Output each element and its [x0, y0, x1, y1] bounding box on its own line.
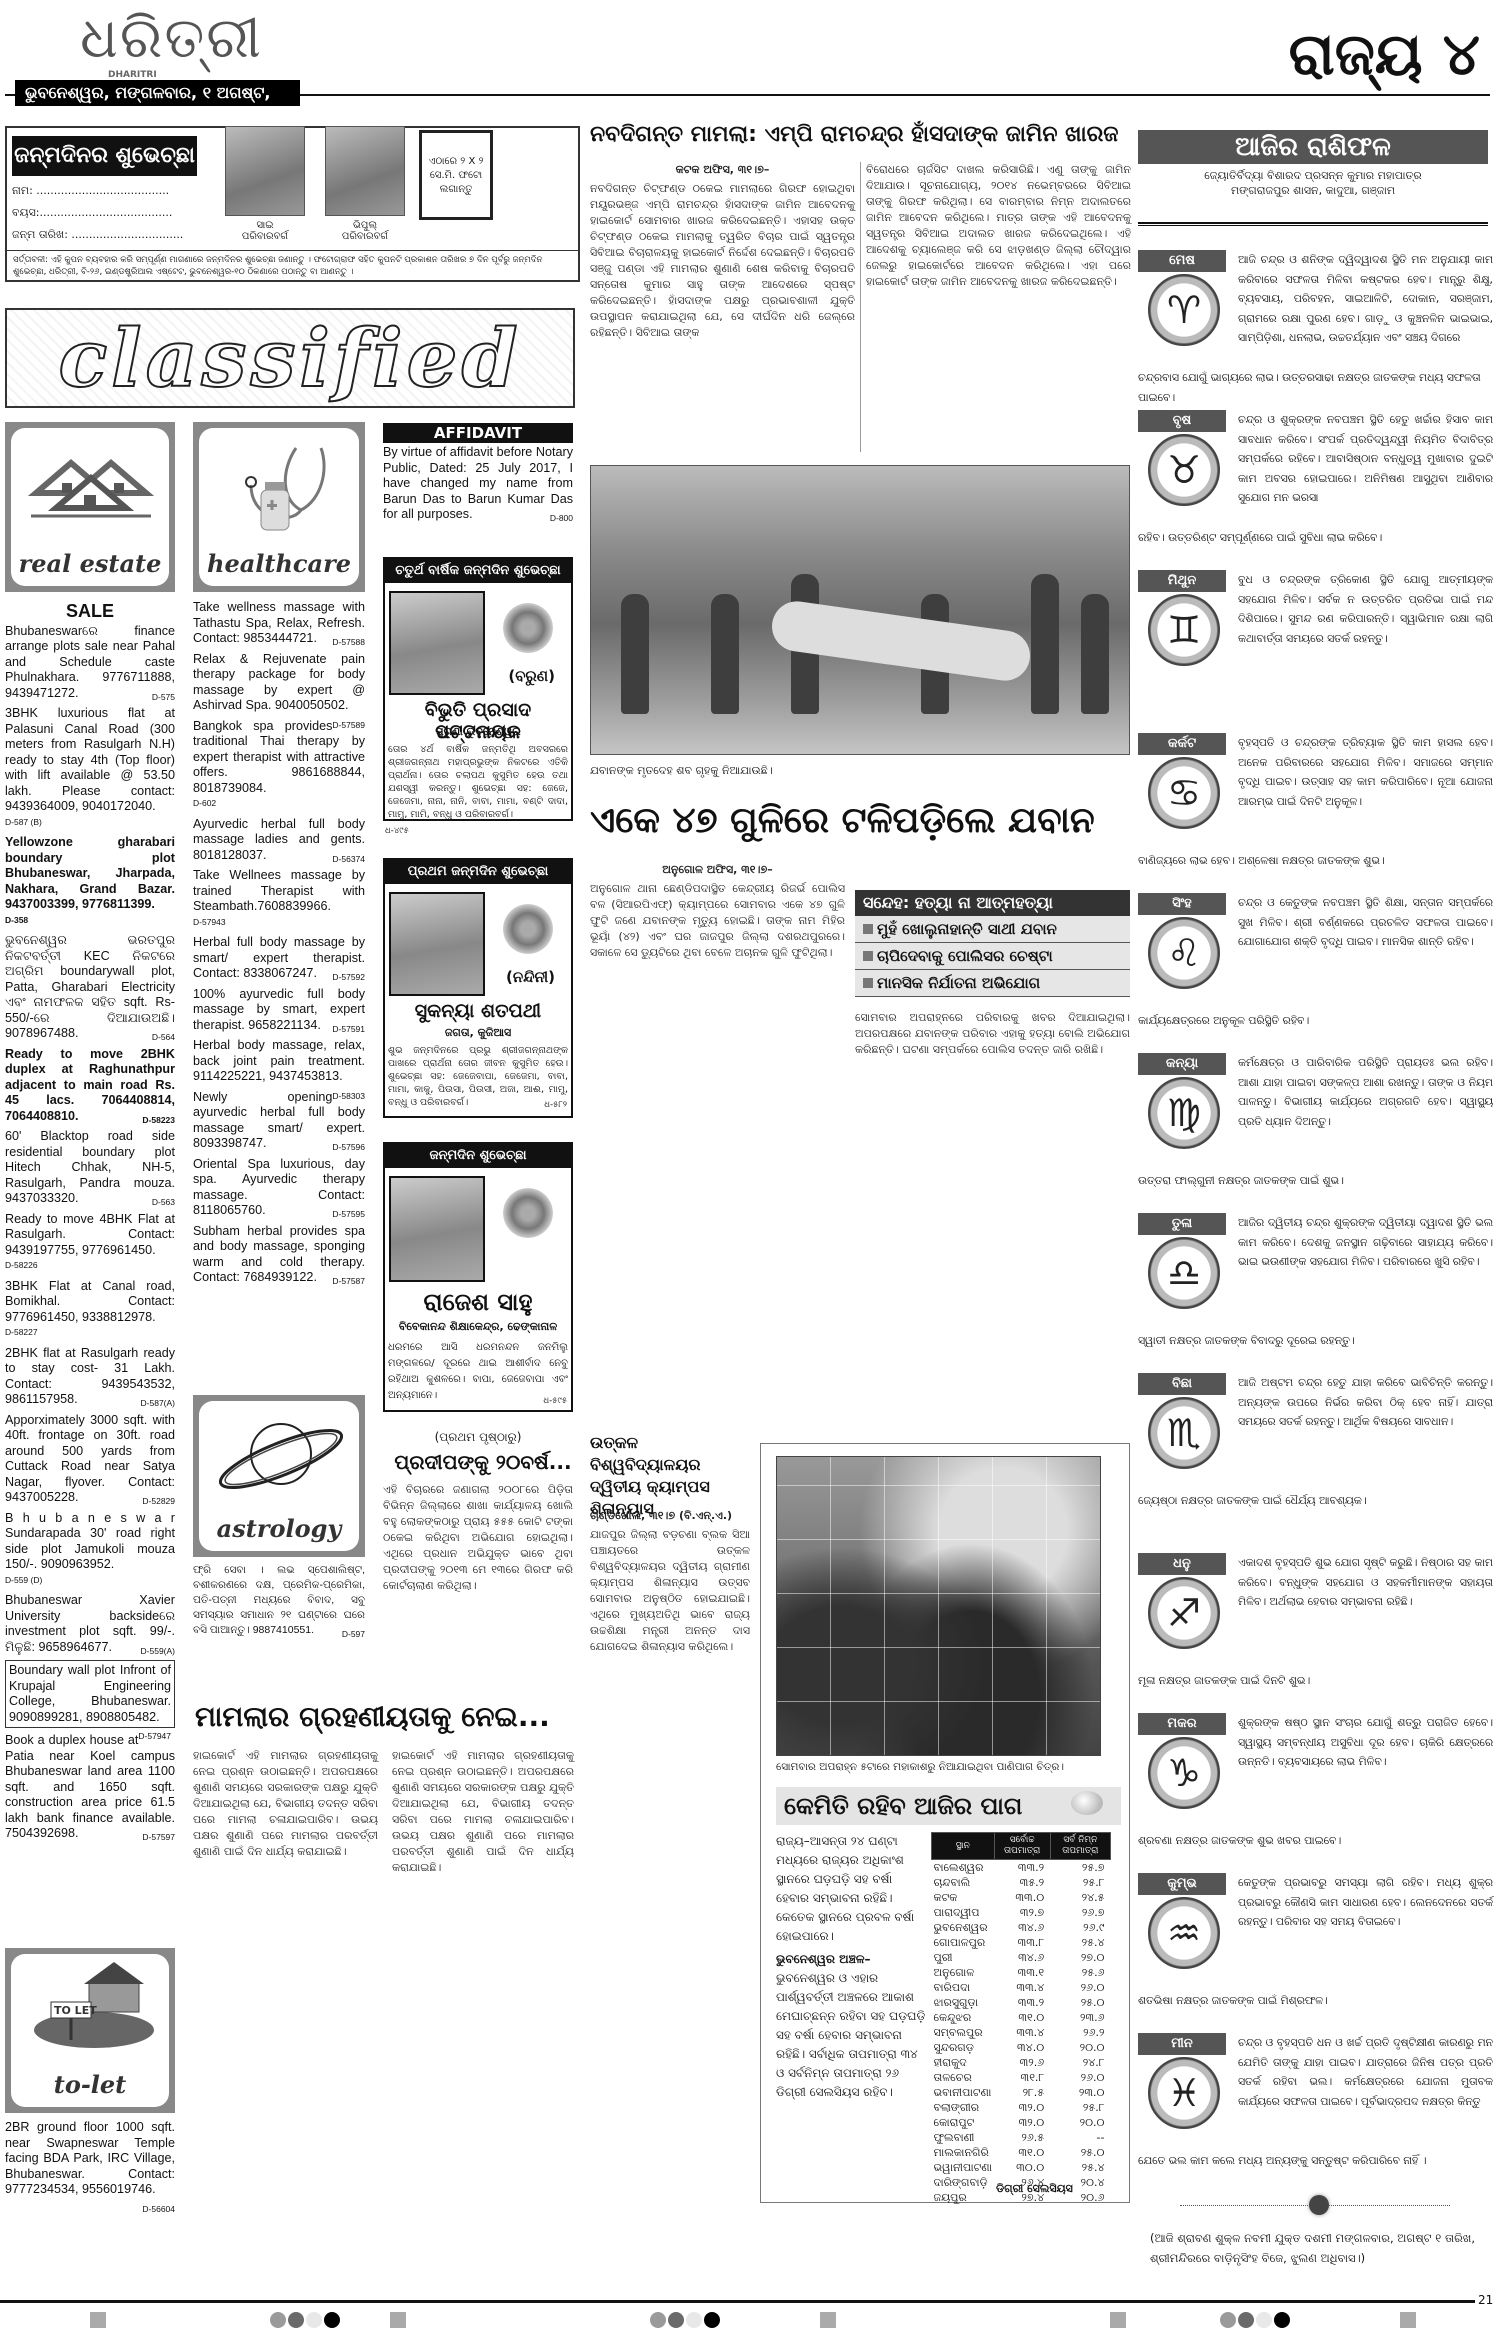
continued-body: ଏହି ବିଚାରରେ ଜଣାଗଲା ୨୦୦୮ରେ ପିଡ଼ିତା ବିଭିନ୍… [383, 1482, 573, 1594]
greeting-message: ତୋର ୪ର୍ଥ ବାର୍ଷିକ ଜନ୍ମତିଥି ଅବସରରେ ଶ୍ରୀଜଗନ… [388, 743, 568, 821]
cell-min: ୨୫.୪ [1050, 1935, 1110, 1950]
square-bullet-icon [863, 978, 873, 988]
divider [1138, 222, 1488, 226]
greeting-message: ଧରମରେ ଆସି ଧରମନନ୍ଦନ ଜନମିଲୁ ମଙ୍ଗଳରେ/ ଦୂରରେ… [388, 1340, 568, 1404]
temperature-row: ତାଳଚେର୩୧.୮୨୬.୦ [932, 2070, 1111, 2085]
satellite-caption: ସୋମବାର ଅପରାହ୍ନ ୫ଟାରେ ମହାକାଶରୁ ନିଆଯାଇଥିବା… [776, 1761, 1064, 1774]
registration-dot [704, 2312, 720, 2328]
zodiac-icon: ♏ [1148, 1397, 1220, 1469]
sidebar-bullet: ମୁହଁ ଖୋଲୁନାହାନ୍ତି ସାଥୀ ଯବାନ [855, 916, 1130, 943]
sign-prediction-cont: ବାଣିଜ୍ୟରେ ଲାଭ ହେବ। ଅଶ୍ଳେଷା ନକ୍ଷତ୍ର ଜାତକଙ… [1138, 851, 1493, 871]
sign-prediction-cont: ଶ୍ରବଣା ନକ୍ଷତ୍ର ଜାତକଙ୍କ ଶୁଭ ଖବର ପାଇବେ। [1138, 1831, 1493, 1851]
sign-name: ବିଛା [1138, 1373, 1226, 1395]
registration-mark [1110, 2312, 1126, 2328]
birthday-coupon: ଜନ୍ମଦିନର ଶୁଭେଚ୍ଛା ନାମ: .................… [5, 126, 580, 282]
classified-ad: 60' Blacktop road side residential bound… [5, 1129, 175, 1207]
story-sidebar: ସନ୍ଦେହ: ହତ୍ୟା ନା ଆତ୍ମହତ୍ୟା ମୁହଁ ଖୋଲୁନାହା… [855, 890, 1130, 997]
horoscope-author: ଜ୍ୟୋତିର୍ବିଦ୍ୟା ବିଶାରଦ ପ୍ରସନ୍ନ କୁମାର ମହାପ… [1138, 168, 1488, 198]
cell-place: ଜୟପୁର [932, 2190, 995, 2205]
temperature-row: ଭବାନୀପାଟଣା୨୮.୫୨୩.୦ [932, 2085, 1111, 2100]
astrology-tile: astrology [193, 1395, 365, 1557]
temperature-row: ହୀରାକୁଦ୩୨.୬୨୪.୮ [932, 2055, 1111, 2070]
registration-mark [820, 2312, 836, 2328]
cell-min: ୨୩.୬ [1050, 2010, 1110, 2025]
cell-min: ୨୩.୦ [1050, 2085, 1110, 2100]
classified-ad: 100% ayurvedic full body massage by smar… [193, 987, 365, 1034]
classified-ad: Ready to move 4BHK Flat at Rasulgarh. Co… [5, 1212, 175, 1274]
forecast-state: ରାଜ୍ୟ–ଆସନ୍ତା ୨୪ ଘଣ୍ଟା ମଧ୍ୟରେ ରାଜ୍ୟର ଅଧିକ… [776, 1832, 926, 1946]
sign-prediction-cont: ମୂଳା ନକ୍ଷତ୍ର ଜାତକଙ୍କ ପାଇଁ ଦିନଟି ଶୁଭ। [1138, 1671, 1493, 1691]
classified-ad: 3BHK Flat at Canal road, Bomikhal. Conta… [5, 1279, 175, 1341]
zodiac-icon: ♋ [1148, 757, 1220, 829]
svg-text:TO LET: TO LET [54, 2004, 97, 2017]
cell-max: ୩୩.୨ [994, 1860, 1050, 1876]
category-label: real estate [11, 549, 169, 578]
sign-prediction-cont: ଶତଭିଷା ନକ୍ଷତ୍ର ଜାତକଙ୍କ ପାଇଁ ମିଶ୍ରଫଳ। [1138, 1991, 1493, 2011]
newspaper-logo: ଧରିତ୍ରୀ DHARITRI [80, 8, 260, 78]
story-headline: ଉତ୍କଳ ବିଶ୍ୱବିଦ୍ୟାଳୟର ଦ୍ୱିତୀୟ କ୍ୟାମ୍ପସ ଶି… [590, 1432, 750, 1520]
registration-dot [306, 2312, 322, 2328]
photo-figure [711, 594, 739, 714]
registration-dot [1220, 2312, 1236, 2328]
cell-min: ୨୫.୭ [1050, 1860, 1110, 1876]
sign-prediction-cont: ସ୍ୱାତୀ ନକ୍ଷତ୍ର ଜାତକଙ୍କ ବିବାଦରୁ ଦୂରେଇ ରହନ… [1138, 1331, 1493, 1351]
cell-max: ୩୨.୦ [994, 2100, 1050, 2115]
classified-ad: 2BHK flat at Rasulgarh ready to stay cos… [5, 1346, 175, 1408]
story-col2: ସୋମବାର ଅପରାହ୍ନରେ ପରିବାରକୁ ଖବର ଦିଆଯାଇଥିଲା… [855, 1010, 1130, 1058]
registration-dot [324, 2312, 340, 2328]
sign-prediction-cont: ରହିବ। ଉତ୍ତରିଣ୍ଟ ସମ୍ପୂର୍ଣ୍ଣରେ ପାଇଁ ସୁବିଧା… [1138, 528, 1493, 548]
classified-ad: Relax & Rejuvenate pain therapy package … [193, 652, 365, 714]
greeting-message: ଶୁଭ ଜନ୍ମଦିନରେ ପ୍ରଭୁ ଶ୍ରୀଜଗନ୍ନାଥଙ୍କ ପାଖରେ… [388, 1044, 568, 1109]
flower-icon [503, 904, 553, 954]
cloud-sun-icon [1071, 1791, 1103, 1815]
sign-name: କନ୍ୟା [1138, 1053, 1226, 1075]
continued-headline: ପ୍ରଦୀପଙ୍କୁ ୨୦ବର୍ଷ... [393, 1450, 573, 1474]
sign-name: ମେଷ [1138, 250, 1226, 272]
temperature-row: ପାରାଦ୍ୱୀପ୩୨.୭୨୬.୭ [932, 1905, 1111, 1920]
cell-place: ବଲାଙ୍ଗୀର [932, 2100, 995, 2115]
greeting-name: ରାଜେଶ ସାହୁ [385, 1288, 571, 1316]
cell-place: ଭୱାନୀପାଟଣା [932, 2160, 995, 2175]
real-estate-column: SALE Bhubaneswarରେ finance arrange plots… [5, 600, 175, 1847]
continued-label: (ପ୍ରଥମ ପୃଷ୍ଠାରୁ) [383, 1430, 573, 1445]
greeting-title: ଚତୁର୍ଥ ବାର୍ଷିକ ଜନ୍ମଦିନ ଶୁଭେଚ୍ଛା [385, 559, 571, 583]
sign-name: ବୃଷ [1138, 410, 1226, 432]
story-headline: ମାମଲାର ଗ୍ରହଣୀୟତାକୁ ନେଇ... [195, 1700, 585, 1734]
lead-story-col2: ବିରୋଧରେ ଚାର୍ଜସିଟ ଦାଖଲ କରିସାରିଛି। ଏଣୁ ତାଙ… [866, 162, 1131, 290]
photo-caption: ଭିପୁଲ୍ପରିବାରବର୍ଗ [320, 220, 410, 242]
sidebar-title: ସନ୍ଦେହ: ହତ୍ୟା ନା ଆତ୍ମହତ୍ୟା [855, 890, 1130, 916]
photo-caption: ଯବାନଙ୍କ ମୃତଦେହ ଶବ ଗୃହକୁ ନିଆଯାଉଛି। [590, 764, 773, 778]
horoscope-title: ଆଜିର ରାଶିଫଳ [1138, 130, 1488, 164]
cell-min: ୨୦.୦ [1050, 2115, 1110, 2130]
forecast-local: ଭୁବନେଶ୍ୱର ଓ ଏହାର ପାର୍ଶ୍ୱବର୍ତ୍ତୀ ଅଞ୍ଚଳରେ … [776, 1969, 926, 2102]
classified-ad: Subham herbal provides spa and body mass… [193, 1224, 365, 1286]
forecast-local-title: ଭୁବନେଶ୍ୱର ଅଞ୍ଚଳ– [776, 1950, 926, 1969]
cell-place: ଭୁବନେଶ୍ୱର [932, 1920, 995, 1935]
category-label: astrology [199, 1514, 359, 1543]
cell-max: ୩୫.୨ [994, 1875, 1050, 1890]
houses-icon [26, 453, 156, 523]
cell-min: ୨୬.୦ [1050, 1980, 1110, 1995]
temperature-row: କେନ୍ଦୁଝର୩୧.୦୨୩.୬ [932, 2010, 1111, 2025]
registration-dot [288, 2312, 304, 2328]
temperature-row: ଅନୁଗୋଳ୩୩.୧୨୫.୬ [932, 1965, 1111, 1980]
cell-place: ସମ୍ବଲପୁର [932, 2025, 995, 2040]
healthcare-column: Take wellness massage with Tathastu Spa,… [193, 600, 365, 1291]
classified-ad: B h u b a n e s w a r Sundarapada 30' ro… [5, 1511, 175, 1589]
child-photo [325, 126, 405, 216]
sign-prediction: ଚନ୍ଦ୍ର ଓ ବୃହସ୍ପତି ଧନ ଓ ଖର୍ଚ୍ଚ ପ୍ରତି ଦୃଷ୍… [1238, 2033, 1493, 2111]
cell-place: ଗୋପାଳପୁର [932, 1935, 995, 1950]
healthcare-tile: healthcare [193, 422, 365, 592]
zodiac-icon: ♒ [1148, 1897, 1220, 1969]
cell-min: ୨୫.୮ [1050, 1875, 1110, 1890]
cell-max: ୩୩.୧ [994, 1965, 1050, 1980]
sign-prediction: ଚନ୍ଦ୍ର ଓ କେତୁଙ୍କ ନବପଞ୍ଚମ ସ୍ଥିତି ଶିକ୍ଷା, … [1238, 893, 1493, 952]
lat-long-grid [777, 1457, 1100, 1755]
zodiac-icon: ♓ [1148, 2057, 1220, 2129]
greeting-name: ସୁକନ୍ୟା ଶତପଥୀ [385, 1000, 571, 1022]
story-body: ହାଇକୋର୍ଟ ଏହି ମାମଲାର ଗ୍ରହଣୀୟତାକୁ ନେଇ ପ୍ରଶ… [392, 1748, 574, 1876]
to-let-tile: TO LET to-let [5, 1948, 175, 2113]
lead-headline: ନବଦିଗନ୍ତ ମାମଲା: ଏମ୍‌ପି ରାମଚନ୍ଦ୍ର ହାଁସଦାଙ… [590, 122, 1135, 147]
temperature-row: ସମ୍ବଲପୁର୩୩.୪୨୬.୨ [932, 2025, 1111, 2040]
cell-place: ଦାରିଙ୍ଗବାଡ଼ି [932, 2175, 995, 2190]
classified-ad: 2BR ground floor 1000 sqft. near Swapnes… [5, 2120, 175, 2198]
stethoscope-icon [221, 440, 341, 535]
author-address: ମଙ୍ଗରାଜପୁର ଶାସନ, କାଦୁଆ, ଗଞ୍ଜାମ [1138, 183, 1488, 198]
cell-min: ୨୬.୨ [1050, 2025, 1110, 2040]
cell-place: ବାଲେଶ୍ୱର [932, 1860, 995, 1876]
registration-dot [270, 2312, 286, 2328]
temperature-row: ଭୱାନୀପାଟଣା୩୦.୦୨୫.୪ [932, 2160, 1111, 2175]
greeting-place: ବିବେକାନନ୍ଦ ଶିକ୍ଷାକେନ୍ଦ୍ର, ଢେଙ୍କାନାଳ [385, 1320, 571, 1334]
flower-icon [503, 1188, 553, 1238]
classified-ad: Ayurvedic herbal full body massage ladie… [193, 817, 365, 864]
child-photo [389, 591, 485, 695]
zodiac-icon: ♎ [1148, 1237, 1220, 1309]
sidebar-bullet: ଚାପିଦେବାକୁ ପୋଲିସର ଚେଷ୍ଟା [855, 943, 1130, 970]
cell-max: ୨୬.୫ [994, 2130, 1050, 2145]
lead-story-col1: କଟକ ଅଫିସ, ୩୧।୭– ନବଦିଗନ୍ତ ଚିଟ୍‌ଫଣ୍ଡ ଠକେଇ … [590, 162, 855, 341]
photo-caption: ସାଇପରିବାରବର୍ଗ [220, 220, 310, 242]
classified-ad: Book a duplex house at Patia near Koel c… [5, 1733, 175, 1842]
cell-max: ୩୦.୦ [994, 2160, 1050, 2175]
child-photo [225, 126, 305, 216]
house-to-let-icon: TO LET [29, 1962, 159, 2052]
classified-ad: ଫ୍ରି ସେବା । ଲଭ ସ୍ପେଶାଲିଷ୍ଟ, ବଶୀକରଣରେ ଦକ୍… [193, 1563, 365, 1638]
registration-dot [650, 2312, 666, 2328]
registration-dot [1256, 2312, 1272, 2328]
weather-forecast: ରାଜ୍ୟ–ଆସନ୍ତା ୨୪ ଘଣ୍ଟା ମଧ୍ୟରେ ରାଜ୍ୟର ଅଧିକ… [776, 1832, 926, 2102]
cell-max: ୩୪.୬ [994, 1950, 1050, 1965]
story-dateline: ଚାଣ୍ଡିଖୋଲ, ୩୧।୭ (ବି.ଏନ୍.ଏ.) [590, 1508, 750, 1524]
zodiac-icon: ♑ [1148, 1737, 1220, 1809]
dateline: ଭୁବନେଶ୍ୱର, ମଙ୍ଗଳବାର, ୧ ଅଗଷ୍ଟ, ୨୦୧୭ [15, 80, 300, 106]
temperature-row: ଗୋପାଳପୁର୩୩.୮୨୫.୪ [932, 1935, 1111, 1950]
cell-place: ଫୁଲବାଣୀ [932, 2130, 995, 2145]
registration-dot [1274, 2312, 1290, 2328]
cell-max: ୩୨.୭ [994, 1905, 1050, 1920]
sign-prediction: ଏକାଦଶ ବୃହସ୍ପତି ଶୁଭ ଯୋଗ ସୃଷ୍ଟି କରୁଛି। ନିଷ… [1238, 1553, 1493, 1612]
cell-place: ପୁରୀ [932, 1950, 995, 1965]
story-dateline: ଅନୁଗୋଳ ଅଫିସ, ୩୧।୭– [590, 862, 845, 878]
greeting-nickname: (ବରୁଣ) [508, 667, 555, 685]
footer-rule [0, 2300, 1475, 2303]
temperature-row: ଚାନ୍ଦବାଲି୩୫.୨୨୫.୮ [932, 1875, 1111, 1890]
story-text: ଯାଜପୁର ଜିଲ୍ଲା ବଡ଼ଚଣା ବ୍ଲକ ସିଆ ପଞ୍ଚାୟତରେ … [590, 1527, 750, 1655]
photo-figure [1031, 574, 1059, 714]
to-let-column: 2BR ground floor 1000 sqft. near Swapnes… [5, 2120, 175, 2217]
cell-place: ବାରିପଦା [932, 1980, 995, 1995]
col-header-place: ସ୍ଥାନ [932, 1833, 995, 1860]
story-text: ନବଦିଗନ୍ତ ଚିଟ୍‌ଫଣ୍ଡ ଠକେଇ ମାମଲାରେ ଗିରଫ ହୋଇ… [590, 181, 855, 341]
classified-ad: Take wellness massage with Tathastu Spa,… [193, 600, 365, 647]
cell-max: ୩୩.୨ [994, 1995, 1050, 2010]
cell-min: ୨୦.୦ [1050, 2040, 1110, 2055]
sign-prediction: ଆଜି ଚନ୍ଦ୍ର ଓ ଶନିଙ୍କ ଦ୍ୱିଦ୍ୱାଦଶ ସ୍ଥିତି ମନ… [1238, 250, 1493, 348]
story-body: ଚାଣ୍ଡିଖୋଲ, ୩୧।୭ (ବି.ଏନ୍.ଏ.) ଯାଜପୁର ଜିଲ୍ଲ… [590, 1508, 750, 1655]
zodiac-icon: ♊ [1148, 594, 1220, 666]
temperature-row: ପୁରୀ୩୪.୬୨୭.୦ [932, 1950, 1111, 1965]
cell-place: କୋରାପୁଟ [932, 2115, 995, 2130]
cell-max: ୨୮.୫ [994, 2085, 1050, 2100]
satellite-image [776, 1456, 1101, 1756]
cell-place: ସୁନ୍ଦରଗଡ଼ [932, 2040, 995, 2055]
cell-min: ୨୪.୫ [1050, 1890, 1110, 1905]
temperature-row: କଟକ୩୩.୦୨୪.୫ [932, 1890, 1111, 1905]
birthday-greeting: ଜନ୍ମଦିନ ଶୁଭେଚ୍ଛା ରାଜେଶ ସାହୁ ବିବେକାନନ୍ଦ ଶ… [383, 1142, 573, 1412]
category-label: healthcare [199, 549, 359, 578]
sign-prediction: ଆଜି ଅଷ୍ଟମ ଚନ୍ଦ୍ର ହେତୁ ଯାହା କରିବେ ଭାବିଚିନ… [1238, 1373, 1493, 1432]
cell-max: ୩୩.୮ [994, 1935, 1050, 1950]
page-section-label: ରାଜ୍ୟ ୪ [1289, 20, 1480, 89]
registration-dot [686, 2312, 702, 2328]
temperature-rows: ବାଲେଶ୍ୱର୩୩.୨୨୫.୭ଚାନ୍ଦବାଲି୩୫.୨୨୫.୮କଟକ୩୩.୦… [932, 1860, 1111, 2206]
cell-max: ୩୪.୬ [994, 1920, 1050, 1935]
classified-ad: Apporximately 3000 sqft. with 40ft. fron… [5, 1413, 175, 1506]
flower-icon [503, 603, 553, 653]
sign-prediction-cont: ଜ୍ୟେଷ୍ଠା ନକ୍ଷତ୍ର ଜାତକଙ୍କ ପାଇଁ ଧୈର୍ଯ୍ୟ ଆବ… [1138, 1491, 1493, 1511]
sign-name: କୁମ୍ଭ [1138, 1873, 1226, 1895]
story-text: ଅନୁଗୋଳ ଥାନା ଛେଣ୍ଡିପଦାସ୍ଥିତ କେନ୍ଦ୍ରୀୟ ରିଜ… [590, 881, 845, 961]
cell-max: ୩୩.୦ [994, 1890, 1050, 1905]
cell-min: ୨୬.୭ [1050, 1905, 1110, 1920]
cell-place: ମାଲକାନଗିରି [932, 2145, 995, 2160]
temperature-row: ଫୁଲବାଣୀ୨୬.୫-- [932, 2130, 1111, 2145]
story-col1: ଅନୁଗୋଳ ଅଫିସ, ୩୧।୭– ଅନୁଗୋଳ ଥାନା ଛେଣ୍ଡିପଦା… [590, 862, 845, 961]
col-header-min: ସର୍ବ ନିମ୍ନ ତାପମାତ୍ରା [1050, 1833, 1110, 1860]
sign-prediction: ବୃହସ୍ପତି ଓ ଚନ୍ଦ୍ରଙ୍କ ତ୍ରିବ୍ୟାକ ସ୍ଥିତି କା… [1238, 733, 1493, 811]
cell-max: ୩୧.୦ [994, 2145, 1050, 2160]
registration-mark [390, 2312, 406, 2328]
ad-code: ଧ-୫୮୨ [544, 1100, 567, 1110]
photo-figure [621, 594, 649, 714]
temperature-row: ସୁନ୍ଦରଗଡ଼୩୪.୦୨୦.୦ [932, 2040, 1111, 2055]
greeting-title: ପ୍ରଥମ ଜନ୍ମଦିନ ଶୁଭେଚ୍ଛା [385, 860, 571, 884]
classified-ad: Take Wellnees massage by trained Therapi… [193, 868, 365, 930]
cell-place: କେନ୍ଦୁଝର [932, 2010, 995, 2025]
sign-prediction: ବୁଧ ଓ ଚନ୍ଦ୍ରଙ୍କ ତ୍ରିକୋଣ ସ୍ଥିତି ଯୋଗୁ ଆତ୍ମ… [1238, 570, 1493, 648]
cell-min: ୨୫.୪ [1050, 2160, 1110, 2175]
coupon-age-field: ବୟସ:....................................… [12, 206, 172, 220]
sign-name: ତୁଳା [1138, 1213, 1226, 1235]
cell-max: ୩୨.୦ [994, 2115, 1050, 2130]
temperature-row: ଭୁବନେଶ୍ୱର୩୪.୬୨୬.୯ [932, 1920, 1111, 1935]
cell-place: କଟକ [932, 1890, 995, 1905]
classified-ad: ଭୁବନେଶ୍ୱର ଭରତପୁର ନିକଟବର୍ତ୍ତୀ KEC ନିକଟରେ … [5, 933, 175, 1042]
category-label: to-let [11, 2070, 169, 2099]
ad-code: ଧ-୫୯୫ [543, 1396, 567, 1406]
coupon-name-field: ନାମ: ...................................… [12, 184, 169, 198]
coupon-title: ଜନ୍ମଦିନର ଶୁଭେଚ୍ଛା [12, 136, 197, 176]
classified-ad: 3BHK luxurious flat at Palasuni Canal Ro… [5, 706, 175, 830]
classified-banner: classified [5, 308, 575, 408]
classified-ad-boxed: Boundary wall plot Infront of Krupajal E… [5, 1660, 175, 1728]
zodiac-icon: ♌ [1148, 917, 1220, 989]
cell-min: ୨୬.୯ [1050, 1920, 1110, 1935]
sign-prediction-cont: ଚନ୍ଦ୍ରବାସ ଯୋଗୁଁ ଭାଗ୍ୟରେ ଲାଭ। ଉତ୍ତରସାଢା ନ… [1138, 368, 1493, 407]
greeting-title: ଜନ୍ମଦିନ ଶୁଭେଚ୍ଛା [385, 1144, 571, 1168]
cell-max: ୩୧.୮ [994, 2070, 1050, 2085]
birthday-greeting: ଚତୁର୍ଥ ବାର୍ଷିକ ଜନ୍ମଦିନ ଶୁଭେଚ୍ଛା (ବରୁଣ) ବ… [383, 557, 573, 821]
cell-max: ୩୩.୪ [994, 2025, 1050, 2040]
section-heading: SALE [5, 604, 175, 620]
person-photo [389, 1176, 485, 1282]
cell-max: ୩୧.୦ [994, 2010, 1050, 2025]
registration-mark [90, 2312, 106, 2328]
story-body: ହାଇକୋର୍ଟ ଏହି ମାମଲାର ଗ୍ରହଣୀୟତାକୁ ନେଇ ପ୍ରଶ… [193, 1748, 378, 1860]
cell-min: -- [1050, 2130, 1110, 2145]
classified-ad: Bhubaneswarରେ finance arrange plots sale… [5, 624, 175, 702]
cell-place: ଚାନ୍ଦବାଲି [932, 1875, 995, 1890]
sign-name: କର୍କଟ [1138, 733, 1226, 755]
zodiac-icon: ♍ [1148, 1077, 1220, 1149]
sign-name: ସିଂହ [1138, 893, 1226, 915]
sign-name: ମିଥୁନ [1138, 570, 1226, 592]
sign-prediction: ଆଜିର ଦ୍ୱିତୀୟ ଚନ୍ଦ୍ର ଶୁକ୍ରଙ୍କ ଦ୍ୱିତୀୟା ଦ୍… [1238, 1213, 1493, 1272]
coupon-terms: ସର୍ତ୍ତାବଳୀ: ଏହି କୁପନ ବ୍ୟବହାର କରି ସମ୍ପୂର୍… [7, 250, 578, 281]
photo-placeholder: ଏଠାରେ ୨ X ୨ ସେ.ମି. ଫଟୋ ଲଗାନ୍ତୁ [419, 130, 493, 220]
classified-ad: Bhubaneswar Xavier University backsideରେ… [5, 1593, 175, 1655]
affidavit-notice: AFFIDAVIT By virtue of affidavit before … [383, 423, 573, 527]
classified-ad: Yellowzone gharabari boundary plot Bhuba… [5, 835, 175, 928]
sign-prediction: କେତୁଙ୍କ ପ୍ରଭାବରୁ ସମସ୍ୟା ଲାଗି ରହିବ। ମଧ୍ୟ … [1238, 1873, 1493, 1932]
cell-min: ୨୭.୦ [1050, 1950, 1110, 1965]
cell-min: ୨୫.୦ [1050, 2145, 1110, 2160]
horoscope-footer: (ଆଜି ଶ୍ରାବଣ ଶୁକ୍ଳ ନବମୀ ଯୁକ୍ତ ଦଶମୀ ମଙ୍ଗଳବ… [1150, 2228, 1495, 2268]
divider [300, 94, 1490, 96]
greeting-nickname: (ନନ୍ଦିନୀ) [506, 968, 555, 986]
cell-min: ୨୪.୮ [1050, 2055, 1110, 2070]
sign-name: ମୀନ [1138, 2033, 1226, 2055]
child-photo [389, 892, 485, 996]
divider-dot-icon [1309, 2195, 1329, 2215]
classified-ad: Herbal body massage, relax, back joint p… [193, 1038, 365, 1085]
sign-name: ମକର [1138, 1713, 1226, 1735]
temperature-table: ସ୍ଥାନ ସର୍ବୋଚ୍ଚ ତାପମାତ୍ରା ସର୍ବ ନିମ୍ନ ତାପମ… [931, 1832, 1111, 2205]
sign-prediction-cont: କାର୍ଯ୍ୟକ୍ଷେତ୍ରରେ ଅନୁକୂଳ ପରିସ୍ଥିତି ରହିବ। [1138, 1011, 1493, 1031]
cell-min: ୨୫.୬ [1050, 1965, 1110, 1980]
cell-min: ୨୫.୮ [1050, 2100, 1110, 2115]
sign-name: ଧନୁ [1138, 1553, 1226, 1575]
news-photo [590, 465, 1130, 755]
author-name: ଜ୍ୟୋତିର୍ବିଦ୍ୟା ବିଶାରଦ ପ୍ରସନ୍ନ କୁମାର ମହାପ… [1138, 168, 1488, 183]
temperature-row: ମାଲକାନଗିରି୩୧.୦୨୫.୦ [932, 2145, 1111, 2160]
ad-code: ଧ-୪୯୫ [385, 826, 409, 836]
cell-min: ୨୫.୦ [1050, 1995, 1110, 2010]
cell-place: ହୀରାକୁଦ [932, 2055, 995, 2070]
column-rule [860, 162, 861, 452]
temperature-row: ବାରିପଦା୩୩.୪୨୬.୦ [932, 1980, 1111, 1995]
temperature-unit: ଡିଗ୍ରୀ ସେଲସିୟସ [996, 2182, 1073, 2196]
weather-box: ସୋମବାର ଅପରାହ୍ନ ୫ଟାରେ ମହାକାଶରୁ ନିଆଯାଇଥିବା… [760, 1443, 1130, 2203]
col-header-max: ସର୍ବୋଚ୍ଚ ତାପମାତ୍ରା [994, 1833, 1050, 1860]
registration-dot [668, 2312, 684, 2328]
photo-figure [1081, 594, 1109, 714]
temperature-row: ବାଲେଶ୍ୱର୩୩.୨୨୫.୭ [932, 1860, 1111, 1876]
greeting-place: ପୁରୁଣା ଭୁବନେଶ୍ୱର [385, 725, 571, 739]
sign-prediction: ଚନ୍ଦ୍ର ଓ ଶୁକ୍ରଙ୍କ ନବପଞ୍ଚମ ସ୍ଥିତି ହେତୁ ଖର… [1238, 410, 1493, 508]
planet-icon [211, 1409, 351, 1504]
zodiac-icon: ♈ [1148, 274, 1220, 346]
affidavit-body: By virtue of affidavit before Notary Pub… [383, 445, 573, 523]
page-number: 21 [1478, 2293, 1493, 2307]
cell-place: ଅନୁଗୋଳ [932, 1965, 995, 1980]
birthday-greeting: ପ୍ରଥମ ଜନ୍ମଦିନ ଶୁଭେଚ୍ଛା (ନନ୍ଦିନୀ) ସୁକନ୍ୟା… [383, 858, 573, 1118]
classified-ad: Herbal full body massage by smart/ exper… [193, 935, 365, 982]
sign-prediction-cont: ଉତ୍ତରା ଫାଲ୍ଗୁନୀ ନକ୍ଷତ୍ର ଜାତକଙ୍କ ପାଇଁ ଶୁଭ… [1138, 1171, 1493, 1191]
cell-place: ତାଳଚେର [932, 2070, 995, 2085]
zodiac-icon: ♉ [1148, 434, 1220, 506]
sign-prediction: କର୍ମକ୍ଷେତ୍ର ଓ ପାରିବାରିକ ପରିସ୍ଥିତି ପ୍ରାୟତ… [1238, 1053, 1493, 1131]
cell-max: ୩୨.୬ [994, 2055, 1050, 2070]
cell-place: ପାରାଦ୍ୱୀପ [932, 1905, 995, 1920]
story-headline: ଏକେ ୪୭ ଗୁଳିରେ ଟଳିପଡ଼ିଲେ ଯବାନ [590, 800, 1135, 842]
square-bullet-icon [863, 951, 873, 961]
logo-subtitle: DHARITRI [108, 70, 157, 80]
greeting-place: ଜଗତା, କୁଜିଆସ [385, 1026, 571, 1040]
sidebar-bullet: ମାନସିକ ନିର୍ଯାତନା ଅଭିଯୋଗ [855, 970, 1130, 997]
cell-max: ୩୪.୦ [994, 2040, 1050, 2055]
temperature-row: ଝାରସୁଗୁଡ଼ା୩୩.୨୨୫.୦ [932, 1995, 1111, 2010]
temperature-row: ବଲାଙ୍ଗୀର୩୨.୦୨୫.୮ [932, 2100, 1111, 2115]
cell-place: ଝାରସୁଗୁଡ଼ା [932, 1995, 995, 2010]
zodiac-icon: ♐ [1148, 1577, 1220, 1649]
sign-prediction: ଶୁକ୍ରଙ୍କ ଷଷ୍ଠ ସ୍ଥାନ ସଂଚାର ଯୋଗୁଁ ଶତ୍ରୁ ପର… [1238, 1713, 1493, 1772]
cell-max: ୩୩.୪ [994, 1980, 1050, 1995]
temperature-row: କୋରାପୁଟ୩୨.୦୨୦.୦ [932, 2115, 1111, 2130]
square-bullet-icon [863, 924, 873, 934]
story-dateline: କଟକ ଅଫିସ, ୩୧।୭– [590, 162, 855, 178]
affidavit-title: AFFIDAVIT [383, 423, 573, 443]
logo-wordmark: ଧରିତ୍ରୀ [80, 8, 260, 70]
astrology-column: ଫ୍ରି ସେବା । ଲଭ ସ୍ପେଶାଲିଷ୍ଟ, ବଶୀକରଣରେ ଦକ୍… [193, 1563, 365, 1643]
registration-dot [1238, 2312, 1254, 2328]
classified-ad: Ready to move 2BHK duplex at Raghunathpu… [5, 1047, 175, 1125]
cell-place: ଭବାନୀପାଟଣା [932, 2085, 995, 2100]
coupon-dob-field: ଜନ୍ମ ତାରିଖ: ............................… [12, 228, 183, 242]
sign-prediction-cont: ଯେତେ ଭଲ କାମ କଲେ ମଧ୍ୟ ଅନ୍ୟଙ୍କୁ ସନ୍ତୁଷ୍ଟ କ… [1138, 2151, 1493, 2171]
cell-min: ୨୬.୦ [1050, 2070, 1110, 2085]
weather-title: କେମିତି ରହିବ ଆଜିର ପାଗ [776, 1787, 1121, 1825]
classified-ad: Oriental Spa luxurious, day spa. Ayurved… [193, 1157, 365, 1219]
registration-mark [1400, 2312, 1416, 2328]
real-estate-tile: real estate [5, 422, 175, 592]
